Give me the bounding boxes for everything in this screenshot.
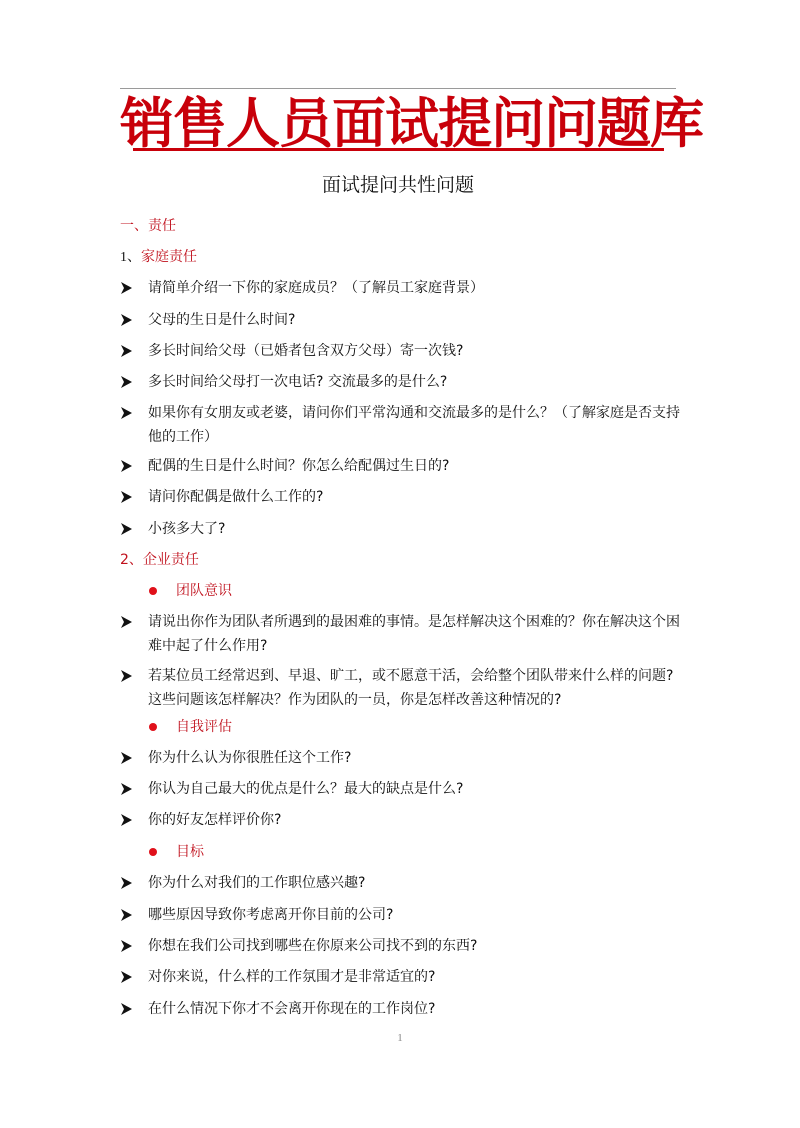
arrow-bullet-icon	[120, 454, 134, 478]
question-item: 配偶的生日是什么时间？你怎么给配偶过生日的?	[148, 454, 680, 478]
red-dot-bullet-icon	[149, 723, 157, 731]
subsection-label: 家庭责任	[141, 249, 197, 265]
question-item: 若某位员工经常迟到、早退、旷工，或不愿意干活，会给整个团队带来什么样的问题?这些…	[148, 664, 680, 712]
arrow-bullet-icon	[120, 903, 134, 927]
question-item: 你为什么认为你很胜任这个工作?	[148, 746, 680, 770]
arrow-bullet-icon	[120, 370, 134, 394]
arrow-bullet-icon	[120, 934, 134, 958]
subsection-number: 2、	[120, 552, 143, 568]
question-item: 多长时间给父母（已婚者包含双方父母）寄一次钱?	[148, 339, 680, 363]
question-item: 如果你有女朋友或老婆，请问你们平常沟通和交流最多的是什么？（了解家庭是否支持他的…	[148, 401, 680, 449]
arrow-bullet-icon	[120, 276, 134, 300]
question-item: 你想在我们公司找到哪些在你原来公司找不到的东西?	[148, 934, 680, 958]
question-item: 父母的生日是什么时间?	[148, 308, 680, 332]
question-item: 在什么情况下你才不会离开你现在的工作岗位?	[148, 997, 680, 1021]
question-item: 请简单介绍一下你的家庭成员？（了解员工家庭背景）	[148, 276, 680, 300]
question-item: 请问你配偶是做什么工作的?	[148, 485, 680, 509]
arrow-bullet-icon	[120, 339, 134, 363]
arrow-bullet-icon	[120, 610, 134, 634]
arrow-bullet-icon	[120, 777, 134, 801]
document-page: 销售人员面试提问问题库 面试提问共性问题 一、责任 1、家庭责任 请简单介绍一下…	[0, 0, 800, 1128]
group-heading-goals: 目标	[176, 840, 204, 864]
page-number: 1	[392, 1032, 408, 1044]
arrow-bullet-icon	[120, 308, 134, 332]
title-underline	[133, 148, 664, 151]
document-title: 销售人员面试提问问题库	[120, 92, 676, 154]
subsection-number: 1、	[120, 250, 141, 265]
arrow-bullet-icon	[120, 808, 134, 832]
question-item: 对你来说，什么样的工作氛围才是非常适宜的?	[148, 965, 680, 989]
group-heading-teamwork: 团队意识	[176, 579, 232, 603]
arrow-bullet-icon	[120, 485, 134, 509]
question-item: 你为什么对我们的工作职位感兴趣?	[148, 871, 680, 895]
question-item: 你认为自己最大的优点是什么？最大的缺点是什么?	[148, 777, 680, 801]
arrow-bullet-icon	[120, 997, 134, 1021]
arrow-bullet-icon	[120, 517, 134, 541]
arrow-bullet-icon	[120, 401, 134, 425]
header-rule	[120, 88, 676, 89]
question-item: 请说出你作为团队者所遇到的最困难的事情。是怎样解决这个困难的？你在解决这个困难中…	[148, 610, 680, 658]
question-item: 哪些原因导致你考虑离开你目前的公司?	[148, 903, 680, 927]
arrow-bullet-icon	[120, 871, 134, 895]
group-heading-self-assessment: 自我评估	[176, 715, 232, 739]
subsection-heading-family: 1、家庭责任	[120, 245, 197, 270]
arrow-bullet-icon	[120, 664, 134, 688]
question-item: 小孩多大了?	[148, 517, 680, 541]
document-subtitle: 面试提问共性问题	[120, 172, 676, 198]
question-item: 多长时间给父母打一次电话? 交流最多的是什么?	[148, 370, 680, 394]
arrow-bullet-icon	[120, 746, 134, 770]
question-item: 你的好友怎样评价你?	[148, 808, 680, 832]
red-dot-bullet-icon	[149, 587, 157, 595]
section-heading: 一、责任	[120, 214, 176, 238]
subsection-heading-enterprise: 2、企业责任	[120, 548, 199, 572]
subsection-label: 企业责任	[143, 552, 199, 568]
arrow-bullet-icon	[120, 965, 134, 989]
red-dot-bullet-icon	[149, 848, 157, 856]
